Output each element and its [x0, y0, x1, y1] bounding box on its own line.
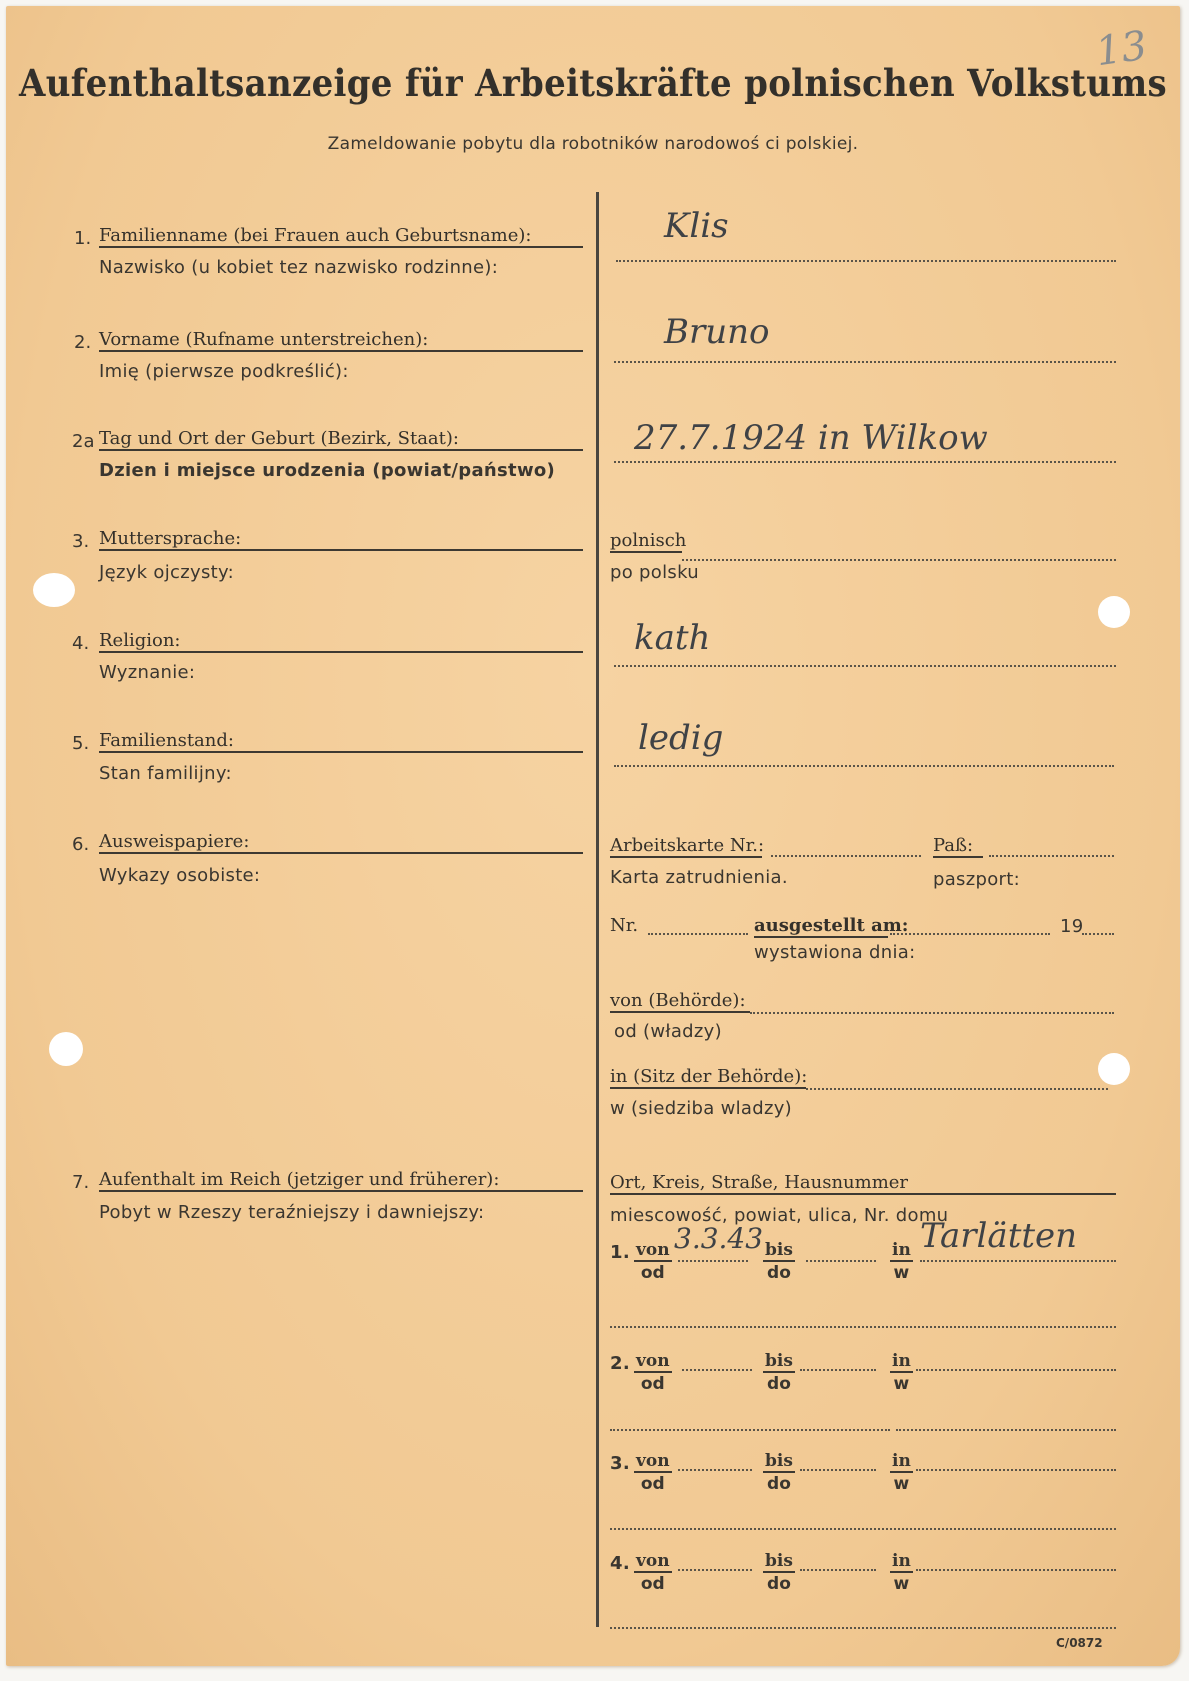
entry-number: 1.	[610, 1242, 630, 1263]
authority-field[interactable]	[750, 1012, 1114, 1014]
residence-header-de: Ort, Kreis, Straße, Hausnummer	[610, 1172, 1116, 1195]
label-pl: Język ojczysty:	[99, 562, 234, 583]
field-number: 1.	[74, 228, 91, 249]
passport-label-de: Paß:	[933, 835, 983, 858]
page-number: 13	[1093, 23, 1150, 76]
work-card-label-de: Arbeitskarte Nr.:	[610, 835, 762, 858]
from-date-value[interactable]: 3.3.43	[674, 1222, 763, 1255]
authority-label-de: von (Behörde):	[610, 990, 750, 1013]
issued-label-pl: wystawiona dnia:	[754, 942, 915, 963]
punch-hole	[49, 1032, 83, 1066]
year-field[interactable]	[1082, 933, 1114, 935]
label-de: Familienstand:	[99, 730, 583, 753]
label-pl: Nazwisko (u kobiet tez nazwisko rodzinne…	[99, 257, 498, 278]
place-field[interactable]	[916, 1469, 1116, 1471]
label-de: Ausweispapiere:	[99, 831, 583, 854]
entry-number: 2.	[610, 1353, 630, 1374]
place-value[interactable]: Tarlätten	[920, 1216, 1077, 1256]
seat-field[interactable]	[806, 1088, 1108, 1090]
entry-number: 3.	[610, 1453, 630, 1474]
fill-line	[614, 361, 1116, 363]
punch-hole	[1098, 1053, 1130, 1085]
from-label: vonod	[634, 1240, 672, 1283]
field-number: 2.	[74, 332, 91, 353]
in-label: inw	[890, 1551, 913, 1594]
label-de: Tag und Ort der Geburt (Bezirk, Staat):	[99, 428, 583, 451]
to-date-field[interactable]	[800, 1469, 876, 1471]
fill-line	[616, 260, 1116, 262]
fill-line	[614, 461, 1116, 463]
fill-line	[614, 765, 1114, 767]
value-handwritten[interactable]: kath	[634, 618, 710, 658]
label-de: Religion:	[99, 630, 583, 653]
value-handwritten[interactable]: Bruno	[664, 312, 770, 352]
from-label: vonod	[634, 1451, 672, 1494]
from-label: vonod	[634, 1551, 672, 1594]
work-card-label-pl: Karta zatrudnienia.	[610, 867, 788, 888]
value-pl-printed: po polsku	[610, 562, 699, 583]
address-line[interactable]	[610, 1627, 1116, 1629]
label-de: Aufenthalt im Reich (jetziger und früher…	[99, 1169, 583, 1192]
label-pl: Wykazy osobiste:	[99, 865, 260, 886]
to-date-field[interactable]	[806, 1260, 876, 1262]
entry-number: 4.	[610, 1553, 630, 1574]
punch-hole	[33, 573, 75, 607]
value-handwritten[interactable]: Klis	[664, 206, 729, 246]
form-code: C/0872	[1056, 1636, 1103, 1650]
form-subtitle-pl: Zameldowanie pobytu dla robotników narod…	[6, 134, 1180, 154]
field-number: 4.	[72, 633, 89, 654]
in-label: inw	[890, 1240, 913, 1283]
seat-label-de: in (Sitz der Behörde):	[610, 1066, 806, 1089]
fill-line	[614, 665, 1116, 667]
authority-label-pl: od (władzy)	[614, 1021, 722, 1042]
from-date-field[interactable]	[678, 1569, 752, 1571]
label-pl: Stan familijny:	[99, 763, 232, 784]
from-date-field[interactable]	[678, 1469, 752, 1471]
year-prefix: 19	[1060, 916, 1084, 937]
to-label: bisdo	[763, 1351, 795, 1394]
label-de: Vorname (Rufname unterstreichen):	[99, 329, 583, 352]
place-line	[920, 1260, 1116, 1262]
seat-label-pl: w (siedziba wladzy)	[610, 1098, 792, 1119]
label-pl: Imię (pierwsze podkreślić):	[99, 361, 349, 382]
nr-label: Nr.	[610, 915, 638, 936]
issued-label-de: ausgestellt am:	[754, 915, 888, 938]
residence-header-pl: miescowość, powiat, ulica, Nr. domu	[610, 1205, 948, 1226]
to-date-field[interactable]	[800, 1369, 876, 1371]
passport-field[interactable]	[989, 855, 1114, 857]
value-handwritten[interactable]: ledig	[638, 718, 723, 758]
issued-date-field[interactable]	[890, 933, 1050, 935]
in-label: inw	[890, 1351, 913, 1394]
from-date-line	[678, 1260, 748, 1262]
place-field[interactable]	[916, 1569, 1116, 1571]
to-date-field[interactable]	[800, 1569, 876, 1571]
field-number: 7.	[72, 1172, 89, 1193]
form-title-de: Aufenthaltsanzeige für Arbeitskräfte pol…	[6, 62, 1180, 106]
address-line[interactable]	[610, 1326, 1116, 1328]
address-line[interactable]	[896, 1429, 1116, 1431]
label-de: Familienname (bei Frauen auch Geburtsnam…	[99, 225, 583, 248]
to-label: bisdo	[763, 1551, 795, 1594]
to-label: bisdo	[763, 1240, 795, 1283]
field-number: 2a	[72, 431, 94, 452]
passport-label-pl: paszport:	[933, 869, 1020, 890]
in-label: inw	[890, 1451, 913, 1494]
label-pl: Dzien i miejsce urodzenia (powiat/państw…	[99, 460, 555, 481]
place-field[interactable]	[916, 1369, 1116, 1371]
nr-field[interactable]	[648, 933, 748, 935]
field-number: 5.	[72, 733, 89, 754]
punch-hole	[1098, 596, 1130, 628]
form-sheet: Aufenthaltsanzeige für Arbeitskräfte pol…	[6, 6, 1180, 1666]
value-handwritten[interactable]: 27.7.1924 in Wilkow	[634, 418, 988, 458]
from-label: vonod	[634, 1351, 672, 1394]
value-de-printed: polnisch	[610, 530, 682, 553]
label-pl: Pobyt w Rzeszy teraźniejszy i dawniejszy…	[99, 1202, 484, 1223]
field-number: 6.	[72, 834, 89, 855]
from-date-field[interactable]	[682, 1369, 752, 1371]
field-number: 3.	[72, 531, 89, 552]
address-line[interactable]	[610, 1429, 890, 1431]
address-line[interactable]	[610, 1528, 1116, 1530]
label-pl: Wyznanie:	[99, 662, 195, 683]
work-card-number-field[interactable]	[771, 855, 921, 857]
to-label: bisdo	[763, 1451, 795, 1494]
label-de: Muttersprache:	[99, 528, 583, 551]
fill-line	[682, 559, 1116, 561]
column-divider	[596, 192, 599, 1627]
